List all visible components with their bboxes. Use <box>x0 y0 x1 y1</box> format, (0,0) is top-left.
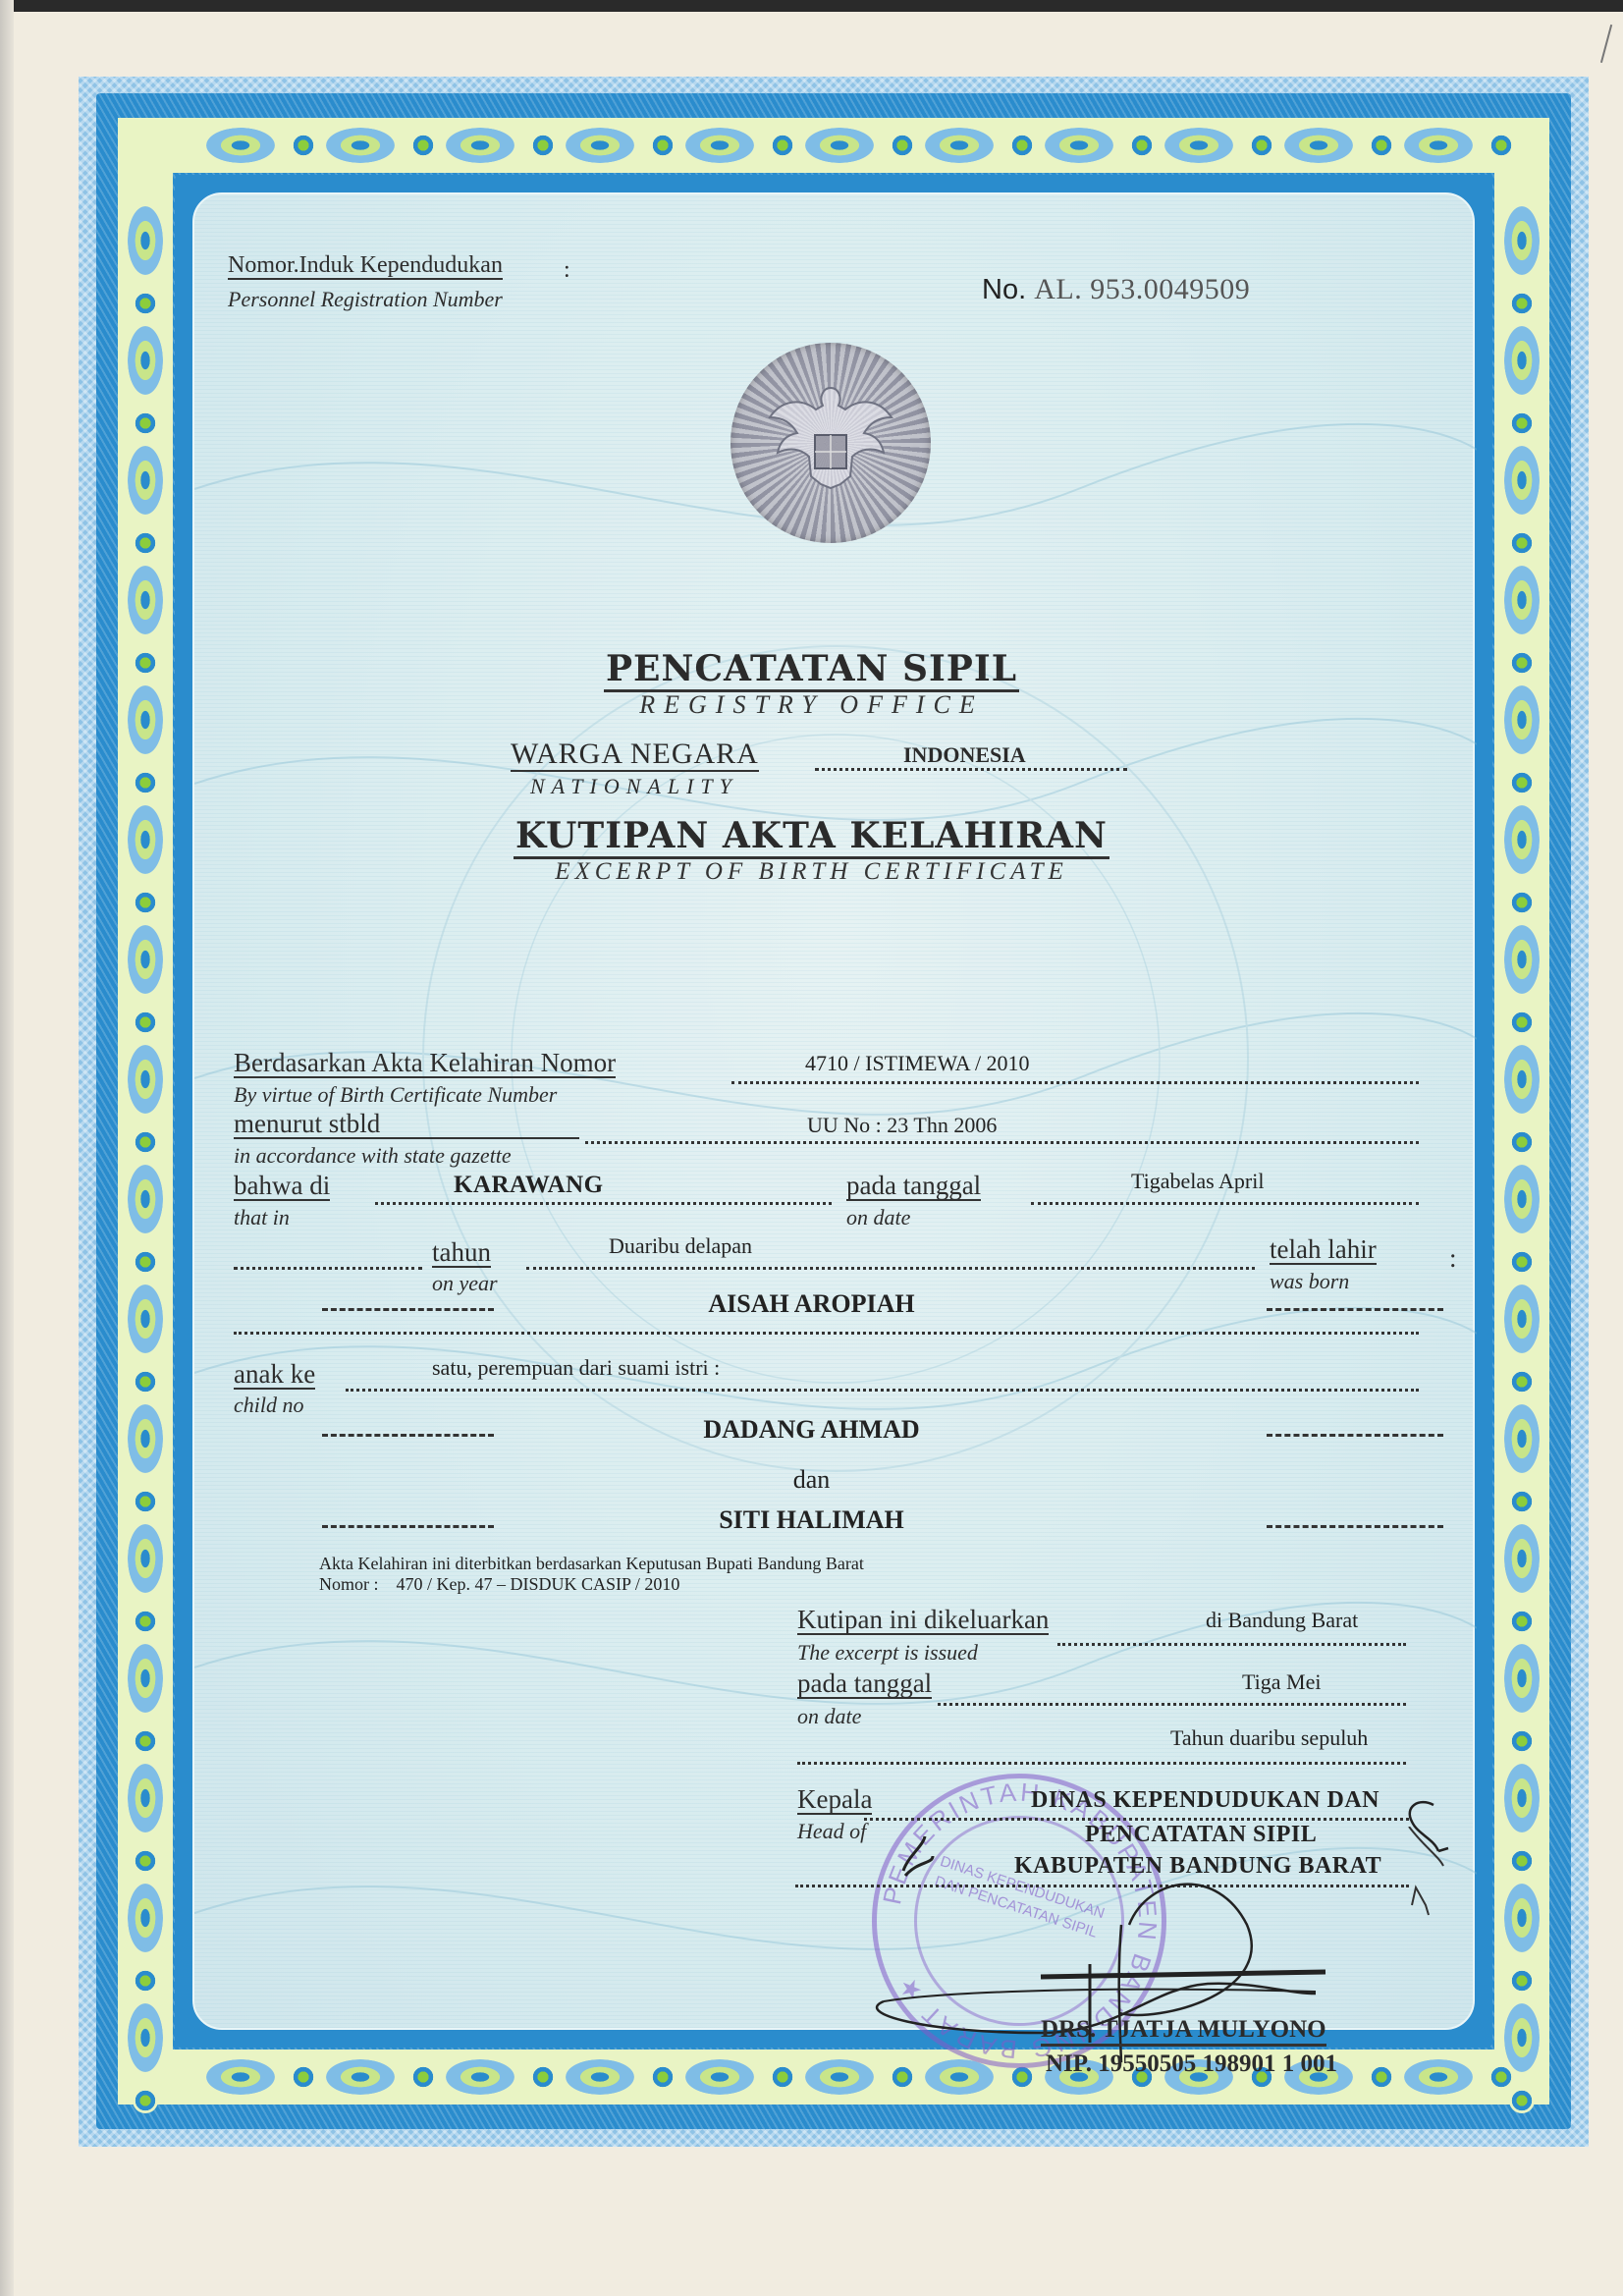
border-ornament-icon <box>133 1249 158 1275</box>
border-ornament-icon <box>805 128 874 163</box>
border-ornament-icon <box>1488 2064 1514 2090</box>
serial-number: No. AL. 953.0049509 <box>982 273 1250 306</box>
border-ornament-icon <box>1504 1764 1540 1832</box>
birth-year-label: tahun <box>432 1238 491 1268</box>
birth-place-value: KARAWANG <box>454 1172 604 1199</box>
border-ornament-icon <box>133 770 158 795</box>
border-ornament-icon <box>1509 1848 1535 1874</box>
head-label-en: Head of <box>797 1819 866 1844</box>
border-ornament-icon <box>566 2059 634 2095</box>
border-ornament-icon <box>128 1884 163 1952</box>
decree-number-value: 470 / Kep. 47 – DISDUK CASIP / 2010 <box>397 1574 680 1594</box>
serial-value: AL. 953.0049509 <box>1034 273 1250 305</box>
official-nip: NIP. 19550505 198901 1 001 <box>1046 2050 1337 2078</box>
border-ornament-icon <box>890 133 915 158</box>
decree-number: Nomor : 470 / Kep. 47 – DISDUK CASIP / 2… <box>319 1574 679 1595</box>
birth-place-label-en: that in <box>234 1205 290 1230</box>
issue-date-label-en: on date <box>797 1704 861 1729</box>
child-no-label: anak ke <box>234 1360 315 1390</box>
border-ornament-icon <box>128 566 163 634</box>
border-ornament-icon <box>685 2059 754 2095</box>
border-ornament-icon <box>1404 128 1473 163</box>
border-ornament-icon <box>326 128 395 163</box>
pencil-mark <box>1600 25 1616 64</box>
border-ornament-icon <box>133 1728 158 1754</box>
office-title: PENCATATAN SIPIL <box>0 648 1623 689</box>
border-ornament-icon <box>1509 1609 1535 1634</box>
border-ornament-icon <box>133 1848 158 1874</box>
nik-label-en: Personnel Registration Number <box>228 287 503 312</box>
cert-number-value: 4710 / ISTIMEWA / 2010 <box>805 1051 1030 1076</box>
office-dotted-line-1 <box>864 1818 1409 1821</box>
gazette-dotted-line <box>585 1141 1419 1144</box>
father-name: DADANG AHMAD <box>0 1415 1623 1445</box>
border-ornament-icon <box>206 128 275 163</box>
office-title-en: REGISTRY OFFICE <box>0 690 1623 720</box>
border-ornament-icon <box>1504 566 1540 634</box>
border-ornament-icon <box>770 133 795 158</box>
border-ornament-icon <box>133 530 158 556</box>
border-ornament-icon <box>1509 291 1535 316</box>
border-ornament-icon <box>1509 2088 1535 2113</box>
border-ornament-icon <box>1045 128 1113 163</box>
border-ornament-icon <box>1009 133 1035 158</box>
border-ornament-icon <box>530 2064 556 2090</box>
issue-year-value: Tahun duaribu sepuluh <box>1170 1725 1368 1751</box>
border-ornament-icon <box>1504 1884 1540 1952</box>
decree-text: Akta Kelahiran ini diterbitkan berdasark… <box>319 1554 864 1574</box>
border-ornament-icon <box>1504 2003 1540 2072</box>
border-ornament-icon <box>128 206 163 275</box>
border-ornament-icon <box>128 326 163 395</box>
border-ornament-icon <box>1509 1968 1535 1994</box>
nationality-value: INDONESIA <box>903 742 1026 768</box>
border-ornament-icon <box>1284 128 1353 163</box>
scan-edge-top <box>0 0 1623 12</box>
border-ornament-icon <box>133 1129 158 1155</box>
decree-number-label: Nomor : <box>319 1574 379 1594</box>
born-label: telah lahir <box>1270 1235 1377 1265</box>
border-ornament-icon <box>1509 770 1535 795</box>
border-ornament-icon <box>925 128 994 163</box>
office-line-1: DINAS KEPENDUDUKAN DAN <box>1031 1787 1380 1814</box>
birth-date-label: pada tanggal <box>846 1172 981 1201</box>
nik-label: Nomor.Induk Kependudukan <box>228 253 503 280</box>
mother-name: SITI HALIMAH <box>0 1505 1623 1535</box>
issue-year-dotted-line <box>797 1762 1406 1765</box>
border-ornament-icon <box>770 2064 795 2090</box>
head-label: Kepala <box>797 1785 872 1815</box>
birth-date-value: Tigabelas April <box>1131 1169 1264 1194</box>
border-ornament-icon <box>1509 530 1535 556</box>
nationality-label-en: NATIONALITY <box>530 774 738 799</box>
border-ornament-icon <box>1509 1249 1535 1275</box>
scan-edge-left <box>0 0 14 2296</box>
cert-number-label-en: By virtue of Birth Certificate Number <box>234 1082 557 1108</box>
issued-place: di Bandung Barat <box>1206 1608 1358 1633</box>
border-ornament-icon <box>1504 1165 1540 1233</box>
gazette-value: UU No : 23 Thn 2006 <box>807 1113 997 1138</box>
cert-number-label: Berdasarkan Akta Kelahiran Nomor <box>234 1049 616 1078</box>
border-ornament-icon <box>1509 1010 1535 1035</box>
birth-date-label-en: on date <box>846 1205 910 1230</box>
border-ornament-icon <box>291 133 316 158</box>
border-ornament-icon <box>128 925 163 994</box>
border-ornament-icon <box>1504 326 1540 395</box>
garuda-icon <box>762 378 899 506</box>
border-ornament-icon <box>133 1010 158 1035</box>
border-ornament-icon <box>1369 133 1394 158</box>
border-ornament-icon <box>1129 133 1155 158</box>
issued-label: Kutipan ini dikeluarkan <box>797 1606 1049 1635</box>
border-ornament-icon <box>133 2088 158 2113</box>
border-ornament-icon <box>530 133 556 158</box>
nationality-label: WARGA NEGARA <box>511 738 759 772</box>
border-ornament-icon <box>128 1644 163 1713</box>
issued-label-en: The excerpt is issued <box>797 1640 978 1666</box>
official-name: DRS. TJATJA MULYONO <box>1041 2016 1326 2047</box>
border-ornament-icon <box>1504 206 1540 275</box>
border-ornament-icon <box>1509 890 1535 915</box>
border-ornament-icon <box>128 2003 163 2072</box>
border-ornament-icon <box>1509 410 1535 436</box>
border-ornament-icon <box>1504 1644 1540 1713</box>
border-ornament-icon <box>133 1968 158 1994</box>
border-ornament-icon <box>1509 1728 1535 1754</box>
border-ornament-icon <box>1509 1369 1535 1394</box>
border-ornament-icon <box>128 1045 163 1114</box>
issue-date-value: Tiga Mei <box>1242 1669 1321 1695</box>
border-ornament-icon <box>133 410 158 436</box>
certificate-title: KUTIPAN AKTA KELAHIRAN <box>0 815 1623 856</box>
border-ornament-icon <box>326 2059 395 2095</box>
gazette-label-en: in accordance with state gazette <box>234 1143 512 1169</box>
child-name: AISAH AROPIAH <box>0 1289 1623 1319</box>
serial-prefix: No. <box>982 274 1026 305</box>
child-no-value: satu, perempuan dari suami istri : <box>432 1355 720 1381</box>
border-ornament-icon <box>650 133 676 158</box>
born-colon: : <box>1449 1243 1457 1274</box>
certificate-title-en: EXCERPT OF BIRTH CERTIFICATE <box>0 858 1623 886</box>
parents-conjunction: dan <box>0 1465 1623 1495</box>
border-ornament-icon <box>206 2059 275 2095</box>
father-dash-right <box>1267 1434 1443 1437</box>
nik-colon: : <box>564 257 570 284</box>
year-prefix-dotted-line <box>234 1267 422 1270</box>
border-ornament-icon <box>410 2064 436 2090</box>
child-name-dash-right <box>1267 1308 1443 1311</box>
child-no-dotted-line <box>346 1389 1419 1392</box>
border-ornament-icon <box>1488 133 1514 158</box>
border-ornament-icon <box>133 1369 158 1394</box>
border-ornament-icon <box>410 133 436 158</box>
mother-dash-right <box>1267 1525 1443 1528</box>
border-ornament-icon <box>446 2059 514 2095</box>
cert-number-dotted-line <box>731 1081 1419 1084</box>
border-ornament-icon <box>566 128 634 163</box>
border-ornament-icon <box>650 2064 676 2090</box>
border-ornament-icon <box>1504 1045 1540 1114</box>
border-ornament-icon <box>128 446 163 515</box>
birth-place-dotted-line <box>375 1202 832 1205</box>
issued-place-dotted-line <box>1057 1643 1406 1646</box>
birth-date-dotted-line <box>1031 1202 1419 1205</box>
child-name-dotted-line <box>234 1332 1419 1335</box>
border-ornament-icon <box>446 128 514 163</box>
issue-date-label: pada tanggal <box>797 1669 932 1699</box>
border-ornament-icon <box>128 1165 163 1233</box>
border-ornament-icon <box>1509 1129 1535 1155</box>
border-ornament-icon <box>128 1764 163 1832</box>
border-ornament-icon <box>133 890 158 915</box>
border-ornament-icon <box>1164 128 1233 163</box>
birth-place-label: bahwa di <box>234 1172 330 1201</box>
issue-date-dotted-line <box>938 1703 1406 1706</box>
border-ornament-icon <box>1249 133 1274 158</box>
border-ornament-icon <box>685 128 754 163</box>
border-ornament-icon <box>133 291 158 316</box>
nationality-dotted-line <box>815 768 1127 771</box>
border-ornament-icon <box>1504 925 1540 994</box>
border-ornament-icon <box>1504 446 1540 515</box>
signature-flourish-icon <box>1394 1797 1463 1876</box>
birth-year-dotted-line <box>526 1267 1255 1270</box>
birth-year-value: Duaribu delapan <box>609 1233 752 1259</box>
garuda-emblem-icon <box>730 343 931 543</box>
border-ornament-icon <box>291 2064 316 2090</box>
gazette-label: menurut stbld <box>234 1110 579 1139</box>
border-ornament-icon <box>133 1609 158 1634</box>
